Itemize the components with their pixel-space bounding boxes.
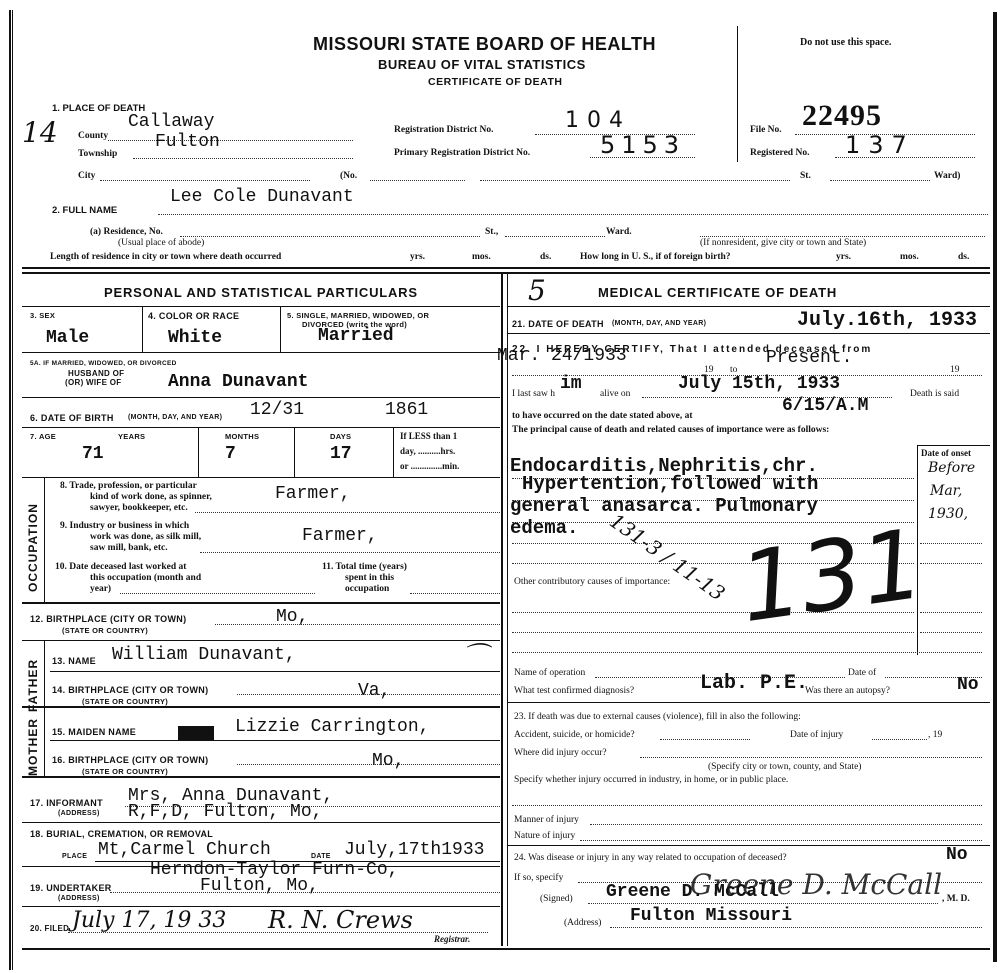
filed-label: 20. FILED xyxy=(30,924,69,933)
cause-line-3: general anasarca. Pulmonary xyxy=(510,495,818,517)
dob-month-day: 12/31 xyxy=(250,400,304,420)
sex-value: Male xyxy=(46,328,89,348)
city-label: City xyxy=(78,171,95,181)
color-value: White xyxy=(168,328,222,348)
trade-label-2: kind of work done, as spinner, xyxy=(90,492,212,502)
industry-label-3: saw mill, bank, etc. xyxy=(90,543,168,553)
less-than-minutes: or ..............min. xyxy=(400,461,459,471)
operation-label: Name of operation xyxy=(514,668,585,678)
registered-no-value: 137 xyxy=(845,131,915,159)
death-certificate: MISSOURI STATE BOARD OF HEALTH BUREAU OF… xyxy=(0,0,1000,973)
accident-label: Accident, suicide, or homicide? xyxy=(514,730,635,740)
alive-on-value: July 15th, 1933 xyxy=(678,374,840,394)
operation-date-label: Date of xyxy=(848,668,876,678)
trade-value: Farmer, xyxy=(275,484,351,504)
county-value: Callaway xyxy=(128,112,214,132)
date-of-death-value: July.16th, 1933 xyxy=(797,309,977,332)
onset-line-3: 1930, xyxy=(928,506,968,522)
residence-ds: ds. xyxy=(540,252,551,262)
signed-label: (Signed) xyxy=(540,894,573,904)
total-time-label-1: 11. Total time (years) xyxy=(322,562,407,572)
physician-signature: Greene D. McCall xyxy=(690,868,942,901)
age-days-value: 17 xyxy=(330,444,352,464)
usual-abode-note: (Usual place of abode) xyxy=(118,238,204,248)
cause-code-small: 131-3 / 11-13 xyxy=(605,509,729,606)
trade-label-3: sawyer, bookkeeper, etc. xyxy=(90,503,188,513)
informant-address-label: (ADDRESS) xyxy=(58,810,100,817)
attended-to: Present. xyxy=(766,348,852,368)
spouse-label: 5A. IF MARRIED, WIDOWED, OR DIVORCED xyxy=(30,360,177,367)
onset-line-1: Before xyxy=(928,460,975,476)
spouse-label-3: (OR) WIFE OF xyxy=(65,378,121,387)
last-worked-label-2: this occupation (month and xyxy=(90,573,201,583)
test-value: Lab. P.E. xyxy=(700,672,808,695)
primary-reg-district-value: 5153 xyxy=(600,131,685,159)
foreign-yrs: yrs. xyxy=(836,252,851,262)
md-label: , M. D. xyxy=(942,894,970,904)
cause-line-2: Hypertention,followed with xyxy=(522,473,818,495)
time-of-death: 6/15/A.M xyxy=(782,396,868,416)
nature-label: Nature of injury xyxy=(514,831,575,841)
occupation-related-label: 24. Was disease or injury in any way rel… xyxy=(514,853,787,863)
age-label: 7. AGE xyxy=(30,432,56,441)
birthplace-sublabel: (STATE OR COUNTRY) xyxy=(62,626,148,635)
manner-label: Manner of injury xyxy=(514,815,579,825)
dob-year: 1861 xyxy=(385,400,428,420)
burial-date: July,17th1933 xyxy=(344,840,484,860)
document-title: MISSOURI STATE BOARD OF HEALTH xyxy=(313,34,656,55)
check-mark: ⌒ xyxy=(462,636,488,673)
reg-district-label: Registration District No. xyxy=(394,125,493,135)
foreign-mos: mos. xyxy=(900,252,919,262)
informant-address: R,F,D, Fulton, Mo, xyxy=(128,802,322,822)
office-use-note: Do not use this space. xyxy=(800,37,891,48)
external-causes-intro: 23. If death was due to external causes … xyxy=(514,712,801,722)
injury-date-label: Date of injury xyxy=(790,730,843,740)
margin-number: 14 xyxy=(22,116,58,149)
reg-district-value: 104 xyxy=(565,108,631,133)
test-label: What test confirmed diagnosis? xyxy=(514,686,634,696)
father-birthplace-sublabel: (STATE OR COUNTRY) xyxy=(82,697,168,706)
sex-label: 3. SEX xyxy=(30,311,55,320)
last-worked-label-3: year) xyxy=(90,584,111,594)
file-no-label: File No. xyxy=(750,125,782,135)
cause-intro: The principal cause of death and related… xyxy=(512,425,829,435)
age-months-value: 7 xyxy=(225,444,236,464)
mother-birthplace-label: 16. BIRTHPLACE (CITY OR TOWN) xyxy=(52,755,208,765)
father-name-value: William Dunavant, xyxy=(112,645,296,665)
primary-reg-district-label: Primary Registration District No. xyxy=(394,148,530,158)
informant-label: 17. INFORMANT xyxy=(30,798,103,808)
ward-label: Ward) xyxy=(934,171,960,181)
birthplace-label: 12. BIRTHPLACE (CITY OR TOWN) xyxy=(30,614,186,624)
color-label: 4. COLOR OR RACE xyxy=(148,311,239,321)
dob-label: 6. DATE OF BIRTH xyxy=(30,413,114,423)
mother-side-label: MOTHER xyxy=(26,718,40,776)
mother-maiden-label: 15. MAIDEN NAME xyxy=(52,727,136,737)
onset-label: Date of onset xyxy=(921,448,971,458)
date-of-death-sublabel: (MONTH, DAY, AND YEAR) xyxy=(612,320,706,327)
mother-maiden-value: Lizzie Carrington, xyxy=(235,717,429,737)
onset-line-2: Mar, xyxy=(930,483,962,499)
full-name-label: 2. FULL NAME xyxy=(52,205,117,216)
left-border xyxy=(9,10,13,970)
residence-ward-label: Ward. xyxy=(606,227,632,237)
marital-value: Married xyxy=(318,326,394,346)
burial-label: 18. BURIAL, CREMATION, OR REMOVAL xyxy=(30,829,213,839)
industry-label-2: work was done, as silk mill, xyxy=(90,532,201,542)
marital-label: 5. SINGLE, MARRIED, WIDOWED, OR xyxy=(287,311,429,320)
contributory-label: Other contributory causes of importance: xyxy=(514,577,670,587)
alive-on-label: alive on xyxy=(600,389,630,399)
undertaker-address-label: (ADDRESS) xyxy=(58,895,100,902)
mother-birthplace-sublabel: (STATE OR COUNTRY) xyxy=(82,767,168,776)
residence-mos: mos. xyxy=(472,252,491,262)
mother-birthplace-value: Mo, xyxy=(372,751,404,771)
personal-section-title: PERSONAL AND STATISTICAL PARTICULARS xyxy=(104,285,418,300)
street-label: St. xyxy=(800,171,811,181)
occupation-side-label: OCCUPATION xyxy=(26,503,40,592)
foreign-birth-label: How long in U. S., if of foreign birth? xyxy=(580,252,731,262)
burial-date-label: DATE xyxy=(311,853,331,860)
death-said-label: Death is said xyxy=(910,389,959,399)
less-than-hours: day, ..........hrs. xyxy=(400,446,455,456)
attended-from: Mar. 24/1933 xyxy=(497,346,627,366)
total-time-label-3: occupation xyxy=(345,584,389,594)
spouse-value: Anna Dunavant xyxy=(168,372,308,392)
injury-where-label: Where did injury occur? xyxy=(514,748,607,758)
attended-to-year: 19 xyxy=(950,365,960,375)
county-label: County xyxy=(78,131,108,141)
occupation-related-value: No xyxy=(946,845,968,865)
certificate-type: CERTIFICATE OF DEATH xyxy=(428,76,562,88)
registered-no-label: Registered No. xyxy=(750,148,809,158)
burial-place: Mt,Carmel Church xyxy=(98,840,271,860)
registrar-label: Registrar. xyxy=(434,934,470,944)
injury-industry-note: Specify whether injury occurred in indus… xyxy=(514,775,788,785)
occurred-at-label: to have occurred on the date stated abov… xyxy=(512,411,693,421)
margin-mark: 5 xyxy=(528,274,546,307)
column-divider xyxy=(501,274,503,946)
total-time-label-2: spent in this xyxy=(345,573,394,583)
last-saw-label: I last saw h xyxy=(512,389,555,399)
right-border xyxy=(993,12,997,962)
residence-label: (a) Residence, No. xyxy=(90,227,163,237)
residence-street-label: St., xyxy=(485,227,498,237)
last-worked-label-1: 10. Date deceased last worked at xyxy=(55,562,186,572)
injury-year-label: , 19 xyxy=(928,730,942,740)
nonresident-note: (If nonresident, give city or town and S… xyxy=(700,238,866,248)
months-label: MONTHS xyxy=(225,432,259,441)
burial-place-label: PLACE xyxy=(62,853,87,860)
header-divider xyxy=(737,26,738,162)
father-birthplace-value: Va, xyxy=(358,681,390,701)
medical-section-title: MEDICAL CERTIFICATE OF DEATH xyxy=(598,285,837,300)
township-label: Township xyxy=(78,149,117,159)
street-no-label: (No. xyxy=(340,171,357,181)
dob-sublabel: (MONTH, DAY, AND YEAR) xyxy=(128,414,222,421)
less-than-label: If LESS than 1 xyxy=(400,431,457,441)
industry-value: Farmer, xyxy=(302,526,378,546)
specify-label: If so, specify xyxy=(514,873,563,883)
father-birthplace-label: 14. BIRTHPLACE (CITY OR TOWN) xyxy=(52,685,208,695)
section-divider xyxy=(22,267,990,269)
full-name-value: Lee Cole Dunavant xyxy=(170,187,354,207)
registrar-signature: R. N. Crews xyxy=(268,906,413,934)
autopsy-label: Was there an autopsy? xyxy=(805,686,890,696)
father-side-label: FATHER xyxy=(26,659,40,712)
father-name-label: 13. NAME xyxy=(52,656,96,666)
date-of-death-label: 21. DATE OF DEATH xyxy=(512,319,604,329)
filed-date: July 17, 19 33 xyxy=(72,908,226,933)
years-label: YEARS xyxy=(118,432,145,441)
age-years-value: 71 xyxy=(82,444,104,464)
cause-line-4: edema. xyxy=(510,517,578,539)
township-value: Fulton xyxy=(155,132,220,152)
file-no-value: 22495 xyxy=(802,99,882,133)
birthplace-value: Mo, xyxy=(276,607,308,627)
autopsy-value: No xyxy=(957,675,979,695)
days-label: DAYS xyxy=(330,432,351,441)
bureau-subtitle: BUREAU OF VITAL STATISTICS xyxy=(378,57,586,72)
cause-code-large: 131 xyxy=(733,508,930,644)
undertaker-address: Fulton, Mo, xyxy=(200,876,319,896)
length-residence-label: Length of residence in city or town wher… xyxy=(50,252,281,262)
residence-yrs: yrs. xyxy=(410,252,425,262)
last-saw-pronoun: im xyxy=(560,374,582,394)
foreign-ds: ds. xyxy=(958,252,969,262)
trade-label-1: 8. Trade, profession, or particular xyxy=(60,481,197,491)
undertaker-label: 19. UNDERTAKER xyxy=(30,883,112,893)
spouse-label-2: HUSBAND OF xyxy=(68,369,124,378)
industry-label-1: 9. Industry or business in which xyxy=(60,521,189,531)
physician-address: Fulton Missouri xyxy=(630,906,792,926)
injury-where-note: (Specify city or town, county, and State… xyxy=(708,762,861,772)
address-label: (Address) xyxy=(564,918,601,928)
